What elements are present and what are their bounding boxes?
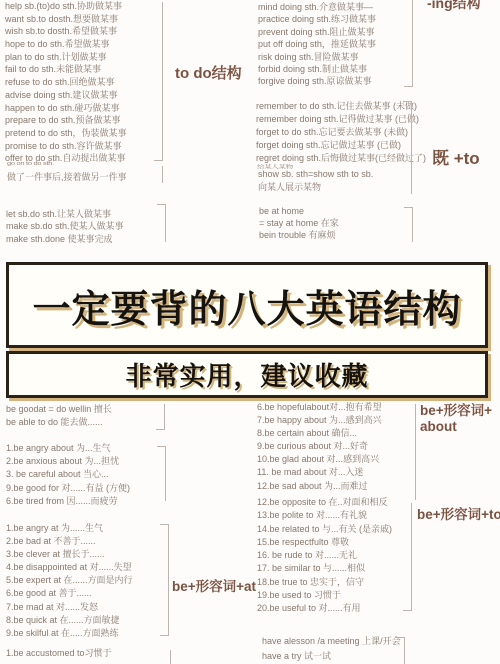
list-item: hope to do sth.希望做某事: [5, 38, 127, 51]
list-item: 6.be tired from 因......而疲劳: [6, 495, 130, 508]
list-item: happen to do sth.碰巧做某事: [5, 102, 127, 115]
list-item: 16. be rude to 对......无礼: [257, 549, 392, 562]
list-item: forgive doing sth.原谅做某事: [258, 75, 376, 87]
list-item: have a try 试一试: [262, 649, 401, 664]
list-item: 8.be quick at 在......方面敏捷: [6, 614, 133, 627]
list-item: 20.be useful to 对......有用: [257, 602, 392, 615]
list-item: 14.be related to 与...有关 (是亲戚): [257, 523, 392, 536]
list-item: let sb.do sth.让某人做某事: [6, 208, 124, 220]
list-item: 1.be angry at 为......生气: [6, 522, 133, 535]
list-item: 6.be hopefulabout对...抱有希望: [257, 401, 382, 414]
list-item: have alesson /a meeting 上课/开会: [262, 634, 401, 649]
about-right-list: 6.be hopefulabout对...抱有希望7.be happy abou…: [257, 401, 382, 493]
adj-to-list: 12.be opposite to 在..对面和相反13.be polite t…: [257, 496, 392, 616]
list-item: 7.be happy about 为...感到高兴: [257, 414, 382, 427]
list-item: 9.be skilful at 在.....方面熟练: [6, 627, 133, 640]
to-do-overlap-text: go on to do sth.: [7, 160, 54, 166]
bracket-adj-to: [403, 503, 412, 611]
list-item: forbid doing sth.制止做某事: [258, 63, 376, 75]
list-item: 9.be good for 对......有益 (方便): [6, 482, 130, 495]
list-item: 8.be certain about 确信...: [257, 427, 382, 440]
list-item: remember to do sth.记住去做某事 (未做): [256, 100, 426, 113]
be-at-home-list: be at home= stay at home 在家bein trouble …: [259, 206, 339, 241]
have-list: have alesson /a meeting 上课/开会have a try …: [262, 634, 401, 664]
list-item: be able to do 能去做......: [6, 416, 112, 429]
list-item: 12.be opposite to 在..对面和相反: [257, 496, 392, 509]
list-item: 13.be polite to 对......有礼貌: [257, 509, 392, 522]
label-adj-about: be+形容词+ about: [420, 403, 492, 435]
list-item: advise doing sth.建议做某事: [5, 89, 127, 102]
good-at-list: be goodat = do wellin 擅长be able to do 能去…: [6, 403, 112, 429]
list-item: 3. be careful about 当心...: [6, 468, 130, 481]
list-item: practice doing sth.练习做某事: [258, 13, 376, 25]
banner-title: 一定要背的八大英语结构: [32, 278, 461, 333]
study-poster: help sb.(to)do sth.协助做某事want sb.to dosth…: [0, 0, 500, 664]
bracket-good-at: [156, 404, 165, 430]
list-item: 4.be disappointed at 对......失望: [6, 561, 133, 574]
bracket-let-make: [157, 204, 166, 242]
label-adj-at: be+形容词+at: [172, 575, 256, 595]
list-item: 向某人展示某物: [258, 181, 373, 194]
list-item: 1.be angry about 为...生气: [6, 442, 130, 455]
list-item: 6.be good at 善于......: [6, 587, 133, 600]
list-item: be at home: [259, 206, 339, 218]
let-make-list: let sb.do sth.让某人做某事make sb.do sth.使某人做某…: [6, 208, 124, 245]
list-item: 17. be similar to 与......相似: [257, 562, 392, 575]
list-item: wish sb.to dosth.希望做某事: [5, 25, 127, 38]
list-item: 7.be mad at 对......发怒: [6, 601, 133, 614]
about-left-list: 1.be angry about 为...生气2.be anxious abou…: [6, 442, 130, 508]
bracket-have: [396, 637, 405, 664]
bracket-remember: [403, 101, 412, 194]
banner-subtitle: 非常实用，建议收藏: [125, 356, 368, 393]
accustomed-text: 1.be accustomed to习惯于: [6, 646, 112, 659]
list-item: 2.be anxious about 为...担忧: [6, 455, 130, 468]
label-adj-about-line1: be+形容词+: [420, 403, 492, 419]
bracket-ing: [404, 0, 413, 87]
label-adj-to: be+形容词+to: [417, 503, 500, 523]
list-item: 2.be bad at 不善于......: [6, 535, 133, 548]
list-item: 10.be glad about 对...感到高兴: [257, 453, 382, 466]
list-item: be goodat = do wellin 擅长: [6, 403, 112, 416]
remember-forget-list: remember to do sth.记住去做某事 (未做)remember d…: [256, 100, 426, 164]
list-item: prevent doing sth.阻止做某事: [258, 26, 376, 38]
list-item: pretend to do sth，伪装做某事: [5, 127, 127, 140]
show-sb-list: show sb. sth=show sth to sb.向某人展示某物: [258, 168, 373, 194]
bracket-adj-at: [160, 524, 169, 636]
list-item: help sb.(to)do sth.协助做某事: [5, 0, 127, 13]
list-item: promise to do sth.容许做某事: [5, 140, 127, 153]
bracket-go-on: [158, 166, 163, 183]
list-item: show sb. sth=show sth to sb.: [258, 168, 373, 181]
bracket-at-home: [404, 207, 413, 242]
list-item: plan to do sth.计划做某事: [5, 51, 127, 64]
list-item: 5.be expert at 在......方面是内行: [6, 574, 133, 587]
list-item: forget doing sth.忘记做过某事 (已做): [256, 139, 426, 152]
list-item: fail to do sth.未能做某事: [5, 63, 127, 76]
label-adj-about-line2: about: [420, 419, 492, 435]
list-item: remember doing sth.记得做过某事 (已做): [256, 113, 426, 126]
label-to-do-structure: to do结构: [175, 62, 242, 83]
list-item: make sb.do sth.使某人做某事: [6, 220, 124, 232]
list-item: 18.be true to 忠实于，信守: [257, 576, 392, 589]
list-item: 3.be clever at 擅长于......: [6, 548, 133, 561]
list-item: want sb.to dosth.想要做某事: [5, 13, 127, 26]
bracket-about-left: [157, 446, 166, 501]
list-item: put off doing sth，推延做某事: [258, 38, 376, 50]
list-item: 15.be respectfulto 尊敬: [257, 536, 392, 549]
list-item: 9.be curious about 对...好奇: [257, 440, 382, 453]
ing-structure-list: mind doing sth.介意做某事—practice doing sth.…: [258, 1, 376, 88]
label-ing-structure: -ing结构: [427, 0, 481, 13]
banner-subtitle-box: 非常实用，建议收藏: [6, 351, 488, 398]
list-item: bein trouble 有麻烦: [259, 230, 339, 242]
bracket-about-right: [407, 404, 416, 500]
list-item: 11. be mad about 对...入迷: [257, 466, 382, 479]
list-item: make sth.done 使某事完成: [6, 233, 124, 245]
list-item: forget to do sth.忘记要去做某事 (未做): [256, 126, 426, 139]
banner-title-box: 一定要背的八大英语结构: [6, 262, 488, 348]
list-item: 19.be used to 习惯于: [257, 589, 392, 602]
bracket-accustomed: [166, 650, 171, 664]
list-item: 12.be sad about 为...而难过: [257, 480, 382, 493]
list-item: risk doing sth.冒险做某事: [258, 51, 376, 63]
label-ji-to: 既 +to: [432, 144, 480, 169]
adj-at-list: 1.be angry at 为......生气2.be bad at 不善于..…: [6, 522, 133, 640]
bracket-to-do: [154, 2, 163, 161]
list-item: = stay at home 在家: [259, 218, 339, 230]
to-do-structure-list: help sb.(to)do sth.协助做某事want sb.to dosth…: [5, 0, 127, 165]
list-item: mind doing sth.介意做某事—: [258, 1, 376, 13]
to-do-tail-text: 做了一件事后,接着做另一件事: [7, 170, 127, 183]
list-item: prepare to do sth.预备做某事: [5, 114, 127, 127]
list-item: refuse to do sth.回绝做某事: [5, 76, 127, 89]
